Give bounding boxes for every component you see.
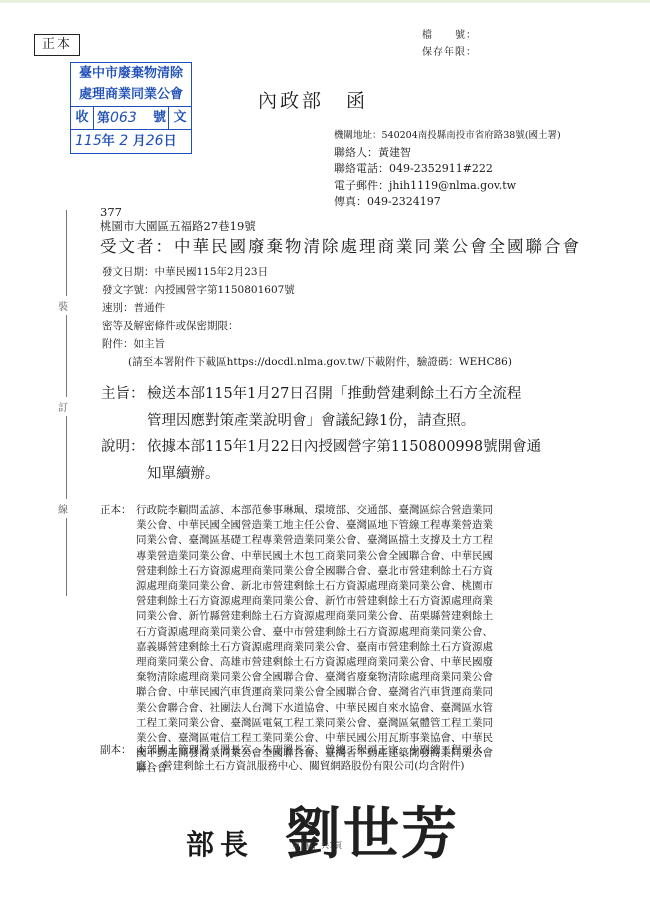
security-level: 密等及解密條件或保密期限： — [102, 317, 512, 335]
distribution-line: 業公會聯合會、社團法人台灣下水道協會、中華民國自來水協會、臺灣區水管 — [136, 701, 493, 716]
distribution-line: 同業公會、新竹縣營建剩餘土石方資源處理商業同業公會、苗栗縣營建剩餘土 — [136, 609, 493, 624]
subject-label: 主旨： — [101, 381, 147, 408]
distribution-label: 正本： — [100, 503, 132, 518]
copies-line: 本部國土管理署（署長室、朱副署長室、曾總工程司正宗、步副總工程司永 — [136, 743, 483, 759]
explanation-line1: 說明：依據本部115年1月22日內授國營字第1150800998號開會通 — [101, 434, 541, 461]
stamp-wen: 文 — [169, 107, 191, 129]
stamp-org-line2: 處理商業同業公會 — [71, 84, 191, 107]
explanation-text-2: 知單續辦。 — [101, 461, 541, 488]
binding-char-xian: 線 — [58, 499, 68, 518]
explanation-label: 說明： — [101, 434, 147, 461]
distribution-line: 業公會、中華民國全國營造業工地主任公會、臺灣區地下管線工程專業營造業 — [136, 518, 493, 533]
stamp-month: 2 — [119, 133, 128, 149]
binding-char-ding: 訂 — [58, 397, 68, 416]
recipient-address: 377 桃園市大園區五福路27巷19號 — [100, 205, 256, 233]
distribution-line: 專業營造業同業公會、中華民國土木包工商業同業公會全國聯合會、中華民國 — [136, 549, 493, 564]
attachment-note: (請至本署附件下載區https://docdl.nlma.gov.tw/下載附件… — [102, 353, 512, 371]
stamp-day: 26 — [146, 133, 164, 149]
contact-fax: 傳真：049-2324197 — [334, 194, 561, 211]
stamp-day-char: 日 — [164, 134, 177, 149]
receipt-stamp: 臺中市廢棄物清除 處理商業同業公會 收 第063號 文 115年 2 月26日 — [70, 62, 192, 154]
scan-top-edge — [0, 0, 650, 3]
subject-text-2: 管理因應對策產業說明會」會議紀錄1份，請查照。 — [101, 408, 541, 435]
distribution-line: 理商業同業公會、高雄市營建剩餘土石方資源處理商業同業公會、中華民國廢 — [136, 655, 493, 670]
signatory-title: 部長 — [186, 823, 254, 863]
delivery-speed: 速別：普通件 — [102, 299, 512, 317]
distribution-line: 工程工業同業公會、臺灣區電氣工程工業同業公會、臺灣區氣體管工程工業同 — [136, 716, 493, 731]
stamp-year: 115 — [75, 133, 102, 149]
agency-name: 內政部 — [258, 90, 324, 112]
street-address: 桃園市大園區五福路27巷19號 — [100, 219, 256, 233]
signatory-name-seal: 劉世芳 — [285, 790, 459, 870]
stamp-number-row: 收 第063號 文 — [71, 107, 191, 130]
recipient: 受文者：中華民國廢棄物清除處理商業同業公會全國聯合會 — [100, 233, 581, 257]
contact-phone: 聯絡電話：049-2352911#222 — [334, 161, 561, 178]
document-fields: 發文日期：中華民國115年2月23日 發文字號：內授國營字第1150801607… — [102, 263, 512, 371]
distribution-line: 聯合會、中華民國汽車貨運商業同業公會全國聯合會、臺灣省汽車貨運商業同 — [136, 685, 493, 700]
stamp-number: 063 — [110, 110, 137, 126]
binding-char-zhuang: 裝 — [58, 296, 68, 315]
retention-period-label: 保存年限： — [422, 43, 477, 58]
distribution-line: 營建剩餘土石方資源處理商業同業公會全國聯合會、臺北市營建剩餘土石方資 — [136, 564, 493, 579]
document-type: 函 — [346, 90, 368, 112]
stamp-no-suffix: 號 — [153, 107, 168, 129]
stamp-month-char: 月 — [133, 134, 146, 149]
subject-line1: 主旨：檢送本部115年1月27日召開「推動營建剩餘土石方全流程 — [101, 381, 541, 408]
distribution-lines: 行政院李顧問孟諺、本部范參事琳珮、環境部、交通部、臺灣區綜合營造業同業公會、中華… — [136, 503, 493, 777]
stamp-number-cell: 第063號 — [94, 107, 169, 129]
distribution-line: 營建剩餘土石方資源處理商業同業公會、新竹市營建剩餘土石方資源處理商業 — [136, 594, 493, 609]
distribution-line: 棄物清除處理商業同業公會全國聯合會、臺灣省廢棄物清除處理商業同業公會 — [136, 670, 493, 685]
document-title: 內政部函 — [258, 86, 368, 113]
contact-email: 電子郵件：jhih1119@nlma.gov.tw — [334, 178, 561, 195]
distribution-line: 嘉義縣營建剩餘土石方資源處理商業同業公會、臺南市營建剩餘土石方資源處 — [136, 640, 493, 655]
contact-person: 聯絡人：黃建智 — [334, 145, 561, 162]
distribution-line: 石方資源處理商業同業公會、臺中市營建剩餘土石方資源處理商業同業公會、 — [136, 625, 493, 640]
file-number-label: 檔 號： — [422, 26, 477, 41]
explanation-text-1: 依據本部115年1月22日內授國營字第1150800998號開會通 — [147, 439, 541, 455]
subject-text-1: 檢送本部115年1月27日召開「推動營建剩餘土石方全流程 — [147, 386, 521, 402]
stamp-year-char: 年 — [102, 134, 115, 149]
stamp-recv: 收 — [71, 107, 94, 129]
main-body: 主旨：檢送本部115年1月27日召開「推動營建剩餘土石方全流程 管理因應對策產業… — [101, 381, 541, 487]
distribution-line: 同業公會、臺灣區基礎工程專業營造業同業公會、臺灣區擋土支撐及土方工程 — [136, 533, 493, 548]
issue-date: 發文日期：中華民國115年2月23日 — [102, 263, 512, 281]
copies-line: 富）、營建剩餘土石方資訊服務中心、關貿網路股份有限公司(均含附件) — [136, 759, 483, 775]
agency-address: 機關地址：540204南投縣南投市省府路38號(國土署) — [334, 128, 561, 145]
copy-type-box: 正本 — [34, 34, 80, 56]
page-indicator: 第1頁，共1頁 — [292, 840, 342, 851]
stamp-no-prefix: 第 — [97, 111, 110, 126]
stamp-date-row: 115年 2 月26日 — [71, 130, 191, 152]
postal-code: 377 — [100, 205, 256, 219]
contact-block: 機關地址：540204南投縣南投市省府路38號(國土署) 聯絡人：黃建智 聯絡電… — [334, 128, 561, 211]
distribution-line: 行政院李顧問孟諺、本部范參事琳珮、環境部、交通部、臺灣區綜合營造業同 — [136, 503, 493, 518]
distribution-line: 源處理商業同業公會、新北市營建剩餘土石方資源處理商業同業公會、桃園市 — [136, 579, 493, 594]
stamp-org-line1: 臺中市廢棄物清除 — [71, 63, 191, 84]
document-number: 發文字號：內授國營字第1150801607號 — [102, 281, 512, 299]
copies-lines: 本部國土管理署（署長室、朱副署長室、曾總工程司正宗、步副總工程司永富）、營建剩餘… — [136, 743, 483, 774]
copies-label: 副本： — [100, 743, 132, 759]
attachment: 附件：如主旨 — [102, 335, 512, 353]
